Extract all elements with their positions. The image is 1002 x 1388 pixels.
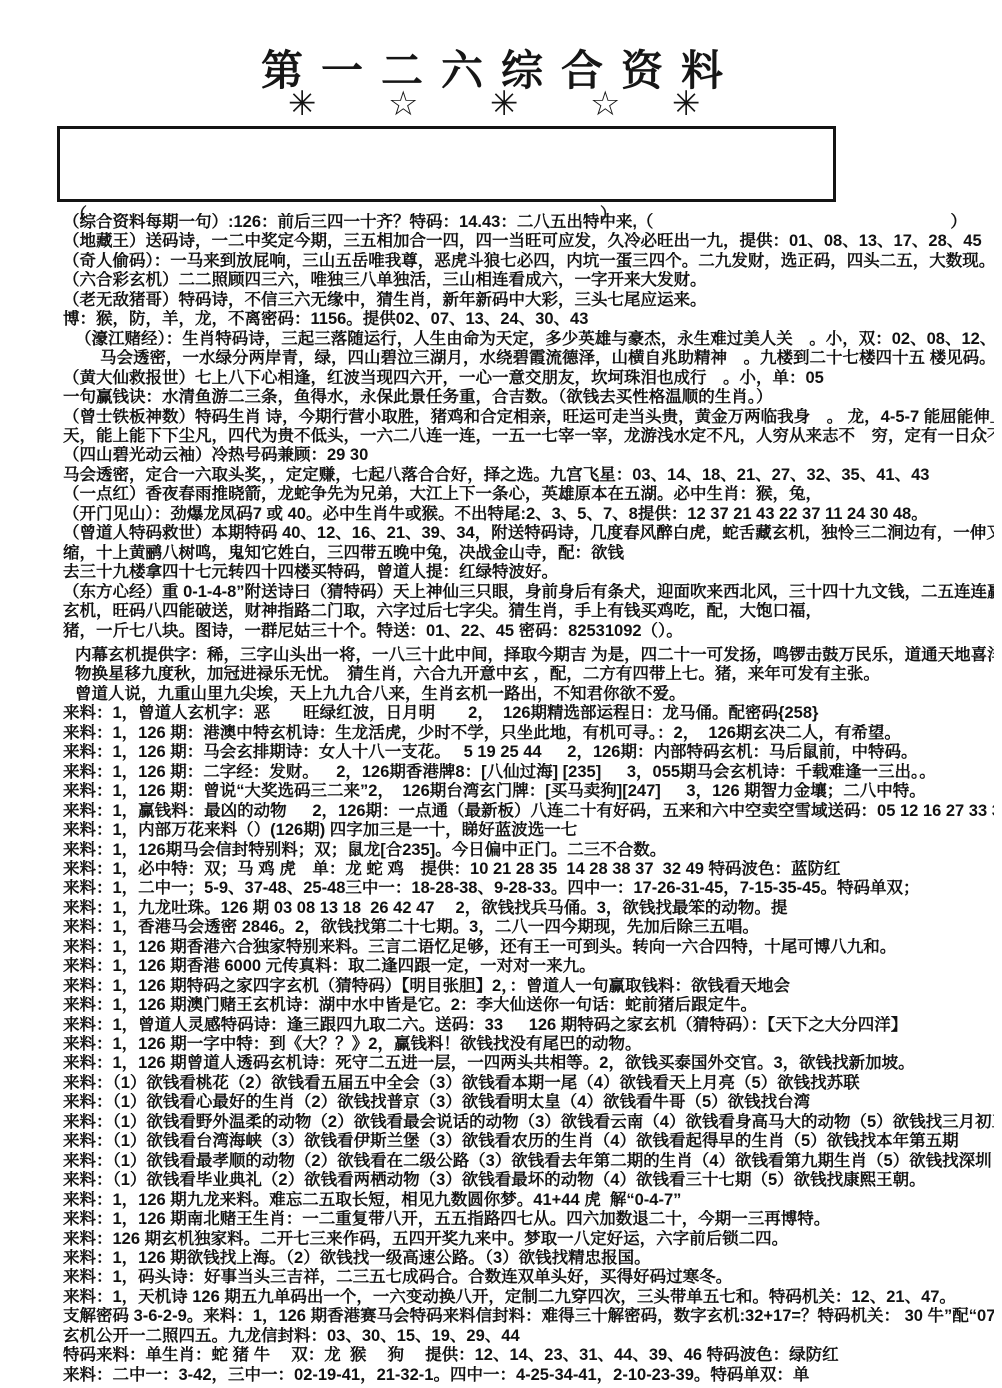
text-line: 来料：1，126 期：曾说“大奖选码三二来”2， 126期台湾玄门牌：[买马卖狗… xyxy=(63,782,994,801)
text-line: 来料：1，126 期：港澳中特玄机诗：生龙活虎，少时不学，只坐此地，有机可寻。：… xyxy=(63,724,994,743)
asterisk-star-icon: ✳ xyxy=(490,84,519,124)
text-line: 来料：1，126 期：马会玄排期诗：女人十八一支花。 5 19 25 44 2，… xyxy=(63,743,994,762)
text-line: 来料：1，曾道人玄机字：恶 旺绿红波，日月明 2， 126期精选部运程日：龙马俑… xyxy=(63,704,994,723)
text-line: （地藏王）送码诗，一二中奖定今期，三五相加合一四，四一当旺可应发，久冷必旺出一九… xyxy=(63,232,994,251)
text-line: 来料：1，二中一；5-9、37-48、25-48三中一：18-28-38、9-2… xyxy=(63,879,994,898)
text-line: 来料：1，内部万花来料（）(126期) 四字加三是一十，睇好蓝波选一七 xyxy=(63,821,994,840)
text-line: 马会透密，一水绿分两岸青，绿，四山碧泣三湖月，水绕碧霞流德泽，山横自兆助精神 。… xyxy=(63,349,994,368)
text-line: 来料：1，126 期欲钱找上海。（2）欲钱找一级高速公路。（3）欲钱找精忠报国。 xyxy=(63,1249,994,1268)
text-line: （一点红）香夜春雨推晓箭，龙蛇争先为兄弟，大江上下一条心，英雄原本在五湖。必中生… xyxy=(63,485,994,504)
text-line: （老无敌猪哥）特码诗，不信三六无缘中，猜生肖，新年新码中大彩，三头七尾应运来。 xyxy=(63,291,994,310)
text-line: 支解密码 3-6-2-9。来料：1，126 期香港赛马会特码来料信封料：难得三十… xyxy=(63,1307,994,1326)
text-line: 猪，一斤七八块。图诗，一群尼姑三十个。特送：01、22、45 密码：825310… xyxy=(63,622,994,641)
text-line: 来料：1，126 期南北赌王生肖：一二重复带八开，五五指路四七从。四六加数退二十… xyxy=(63,1210,994,1229)
text-line: 来料：1，126 期一字中特：到《大？？》2，赢钱料！欲钱找没有尾巴的动物。 xyxy=(63,1035,994,1054)
hollow-star-icon: ☆ xyxy=(590,84,620,124)
text-line: 来料：1，天机诗 126 期五九单码出一个，一六变动换八开，定制二九穿四次，三头… xyxy=(63,1288,994,1307)
lottery-info-sheet: 第一二六综合资料 ✳☆✳☆✳ （ ） （综合资料每期一句）:126：前后三四一十… xyxy=(0,0,1002,1388)
text-line: 玄机公开一二照四五。九龙信封料：03、30、15、19、29、44 xyxy=(63,1327,994,1346)
text-line: 曾道人说，九重山里九尖埃，天上九九合八来，生肖玄机一路出，不知君你欲不爱。 xyxy=(63,685,994,704)
body-lines: （综合资料每期一句）:126：前后三四一十齐？特码：14.43：二八五出特中来,… xyxy=(63,213,994,1385)
text-line: （曾道人特码救世）本期特码 40、12、16、21、39、34，附送特码诗，几度… xyxy=(63,524,994,543)
text-line: 来料：1，码头诗：好事当头三吉祥，二三五七成码合。合数连双单头好，买得好码过寒冬… xyxy=(63,1268,994,1287)
text-line: 来料：（1）欲钱看野外温柔的动物（2）欲钱看最会说话的动物（3）欲钱看云南（4）… xyxy=(63,1113,994,1132)
text-line: 来料：1，126 期香港六合独家特别来料。三言二语忆足够，还有王一可到头。转向一… xyxy=(63,938,994,957)
text-line: 来料：（1）欲钱看毕业典礼（2）欲钱看两栖动物（3）欲钱看最坏的动物（4）欲钱看… xyxy=(63,1171,994,1190)
text-line: 来料：1，126 期特码之家四字玄机（猜特码）【明目张胆】2，：曾道人一句赢取钱… xyxy=(63,977,994,996)
text-line: 来料：（1）欲钱看桃花（2）欲钱看五届五中全会（3）欲钱看本期一尾（4）欲钱看天… xyxy=(63,1074,994,1093)
text-line: 博：猴，防，羊，龙，不离密码：1156。提供02、07、13、24、30、43 xyxy=(63,310,994,329)
text-line: 来料：1，赢钱料：最凶的动物 2，126期：一点通（最新板）八连二十有好码，五来… xyxy=(63,802,994,821)
text-line: （黄大仙救报世）七上八下心相逢，红波当现四六开，一心一意交朋友，坎坷珠泪也成行 … xyxy=(63,369,994,388)
text-line: 去三十九楼拿四十七元转四十四楼买特码，曾道人提：红绿特波好。 xyxy=(63,563,994,582)
text-line: 来料：（1）欲钱看最孝顺的动物（2）欲钱看在二级公路（3）欲钱看去年第二期的生肖… xyxy=(63,1152,994,1171)
text-line: 来料：1，126 期：二字经：发财。 2，126期香港牌8：[八仙过海] [23… xyxy=(63,763,994,782)
text-line: （四山碧光动云袖）冷热号码兼顾：29 30 xyxy=(63,446,994,465)
text-line: 来料：（1）欲钱看台湾海峡（3）欲钱看伊斯兰堡（3）欲钱看农历的生肖（4）欲钱看… xyxy=(63,1132,994,1151)
text-line: 缩，十上黄鹂八树鸣，鬼知它姓白，三四带五晚中兔，决战金山寺，配：欲钱 xyxy=(63,544,994,563)
text-line: 来料：1，九龙吐珠。126 期 03 08 13 18 26 42 47 2，欲… xyxy=(63,899,994,918)
text-line: 来料：1，126 期曾道人透码玄机诗：死守二五进一层，一四两头共相等。2，欲钱买… xyxy=(63,1054,994,1073)
text-line: 来料：1，126期马会信封特别料；双；鼠龙[合235]。今日偏中正门。二三不合数… xyxy=(63,841,994,860)
text-line: （奇人偷码）：一马来到放屁响，三山五岳唯我尊，恶虎斗狼七必四，内坑一蛋三四个。二… xyxy=(63,252,994,271)
text-line: 来料：（1）欲钱看心最好的生肖（2）欲钱找普京（3）欲钱看明太皇（4）欲钱看牛哥… xyxy=(63,1093,994,1112)
text-line: 来料：126 期玄机独家料。二开七三来作码，五四开奖九来中。梦取一八定好运，六字… xyxy=(63,1230,994,1249)
text-line: 天，能上能下下尘凡，四代为贵不低头，一六二八连一连，一五一七宰一宰，龙游浅水定不… xyxy=(63,427,994,446)
text-line: 特码来料：单生肖：蛇 猪 牛 双：龙 猴 狗 提供：12、14、23、31、44… xyxy=(63,1346,994,1365)
text-line: 来料：1，126 期九龙来料。难忘二五取长短，相见九数圆你梦。41+44 虎 解… xyxy=(63,1191,994,1210)
text-line: 玄机，旺码八四能破送，财神指路二门取，六字过后七字尖。猜生肖，手上有钱买鸡吃，配… xyxy=(63,602,994,621)
text-line: （开门见山）：劲爆龙凤码7 或 40。必中生肖牛或猴。不出特尾:2、3、5、7、… xyxy=(63,505,994,524)
text-line: （濠江赌经）：生肖特码诗，三起三落随运行，人生由命为天定，多少英雄与豪杰，永生难… xyxy=(63,330,994,349)
asterisk-star-icon: ✳ xyxy=(288,84,317,124)
asterisk-star-icon: ✳ xyxy=(672,84,701,124)
text-line: （六合彩玄机）二二照顾四三六，唯独三八单独活，三山相连看成六，一字开来大发财。 xyxy=(63,271,994,290)
hollow-star-icon: ☆ xyxy=(388,84,418,124)
text-line: 马会透密，定合一六取头奖，，定定赚，七起八落合合好，择之选。九宫飞星：03、14… xyxy=(63,466,994,485)
text-line: 一句赢钱诀：水清鱼游二三条，鱼得水，永保此景任务重，合吉数。（欲钱去买性格温顺的… xyxy=(63,388,994,407)
header-empty-box xyxy=(57,126,836,202)
decor-symbols-row: ✳☆✳☆✳ xyxy=(0,84,1002,128)
text-line: 来料：1，香港马会透密 2846。2，欲钱找第二十七期。3，二八一四今期现，先加… xyxy=(63,918,994,937)
text-line: 来料：1，126 期澳门赌王玄机诗：湖中水中皆是它。2：李大仙送你一句话：蛇前猪… xyxy=(63,996,994,1015)
text-line: （曾士铁板神数）特码生肖 诗，今期行营小取胜，猪鸡和合定相亲，旺运可走当头贵，黄… xyxy=(63,408,994,427)
text-line: （综合资料每期一句）:126：前后三四一十齐？特码：14.43：二八五出特中来,… xyxy=(63,213,994,232)
text-line: 来料：1，必中特：双；马 鸡 虎 单：龙 蛇 鸡 提供：10 21 28 35 … xyxy=(63,860,994,879)
text-line: 内幕玄机提供字：稀，三字山头出一将，一八三十此中间，择取今期吉 为是，四二十一可… xyxy=(63,646,994,665)
text-line: 物换星移九度秋，加冠进禄乐无忧。 猜生肖，六合九开意中玄 ，配，二方有四带上七。… xyxy=(63,665,994,684)
text-line: 来料：1，126 期香港 6000 元传真料：取二逢四跟一定，一对对一来九。 xyxy=(63,957,994,976)
text-line: （东方心经）重 0-1-4-8”附送诗曰（猜特码）天上神仙三只眼，身前身后有条犬… xyxy=(63,583,994,602)
text-line: 来料：1，曾道人灵感特码诗：逢三跟四九取二六。送码：33 126 期特码之家玄机… xyxy=(63,1016,994,1035)
text-line: 来料：二中一：3-42，三中一：02-19-41，21-32-1。四中一：4-2… xyxy=(63,1366,994,1385)
